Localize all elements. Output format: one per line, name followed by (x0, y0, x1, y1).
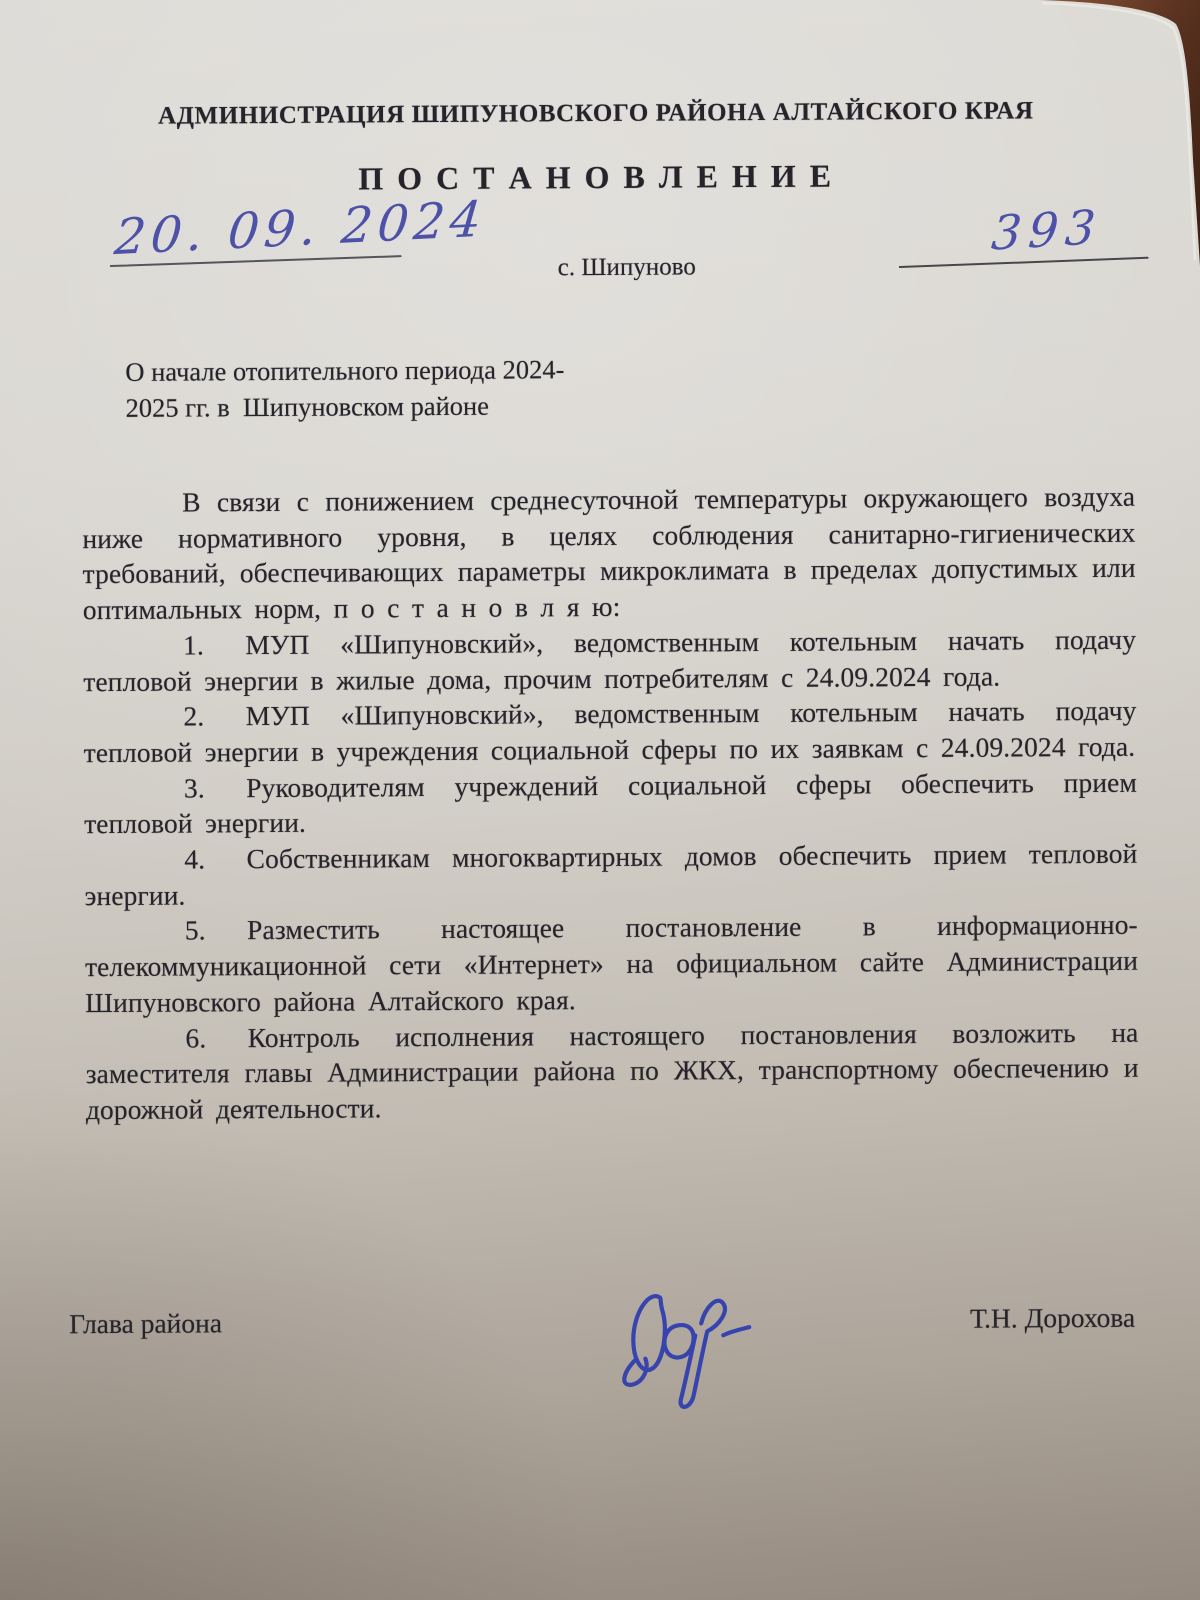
resolution-item-1: 1. МУП «Шипуновский», ведомственным коте… (83, 622, 1136, 700)
document-type-title: П О С Т А Н О В Л Е Н И Е (0, 155, 1196, 199)
handwritten-signature (565, 1231, 786, 1452)
subject-block: О начале отопительного периода 2024- 202… (125, 350, 745, 426)
signatory-name: Т.Н. Дорохова (970, 1302, 1135, 1335)
resolution-body: В связи с понижением среднесуточной темп… (82, 479, 1139, 1128)
resolution-item-2: 2. МУП «Шипуновский», ведомственным коте… (83, 693, 1136, 771)
resolution-item-4: 4. Собственникам многоквартирных домов о… (84, 836, 1137, 914)
organization-name: АДМИНИСТРАЦИЯ ШИПУНОВСКОГО РАЙОНА АЛТАЙС… (0, 96, 1196, 131)
place-line: с. Шипуново (57, 250, 1197, 285)
resolution-item-5: 5. Разместить настоящее постановление в … (85, 907, 1139, 1021)
photographed-document-page: АДМИНИСТРАЦИЯ ШИПУНОВСКОГО РАЙОНА АЛТАЙС… (0, 0, 1200, 1600)
resolution-item-6: 6. Контроль исполнения настоящего постан… (85, 1014, 1139, 1128)
page-content: АДМИНИСТРАЦИЯ ШИПУНОВСКОГО РАЙОНА АЛТАЙС… (0, 0, 1200, 1600)
resolution-item-3: 3. Руководителям учреждений социальной с… (84, 764, 1137, 842)
signatory-position: Глава района (69, 1307, 222, 1340)
intro-paragraph: В связи с понижением среднесуточной темп… (82, 479, 1136, 628)
